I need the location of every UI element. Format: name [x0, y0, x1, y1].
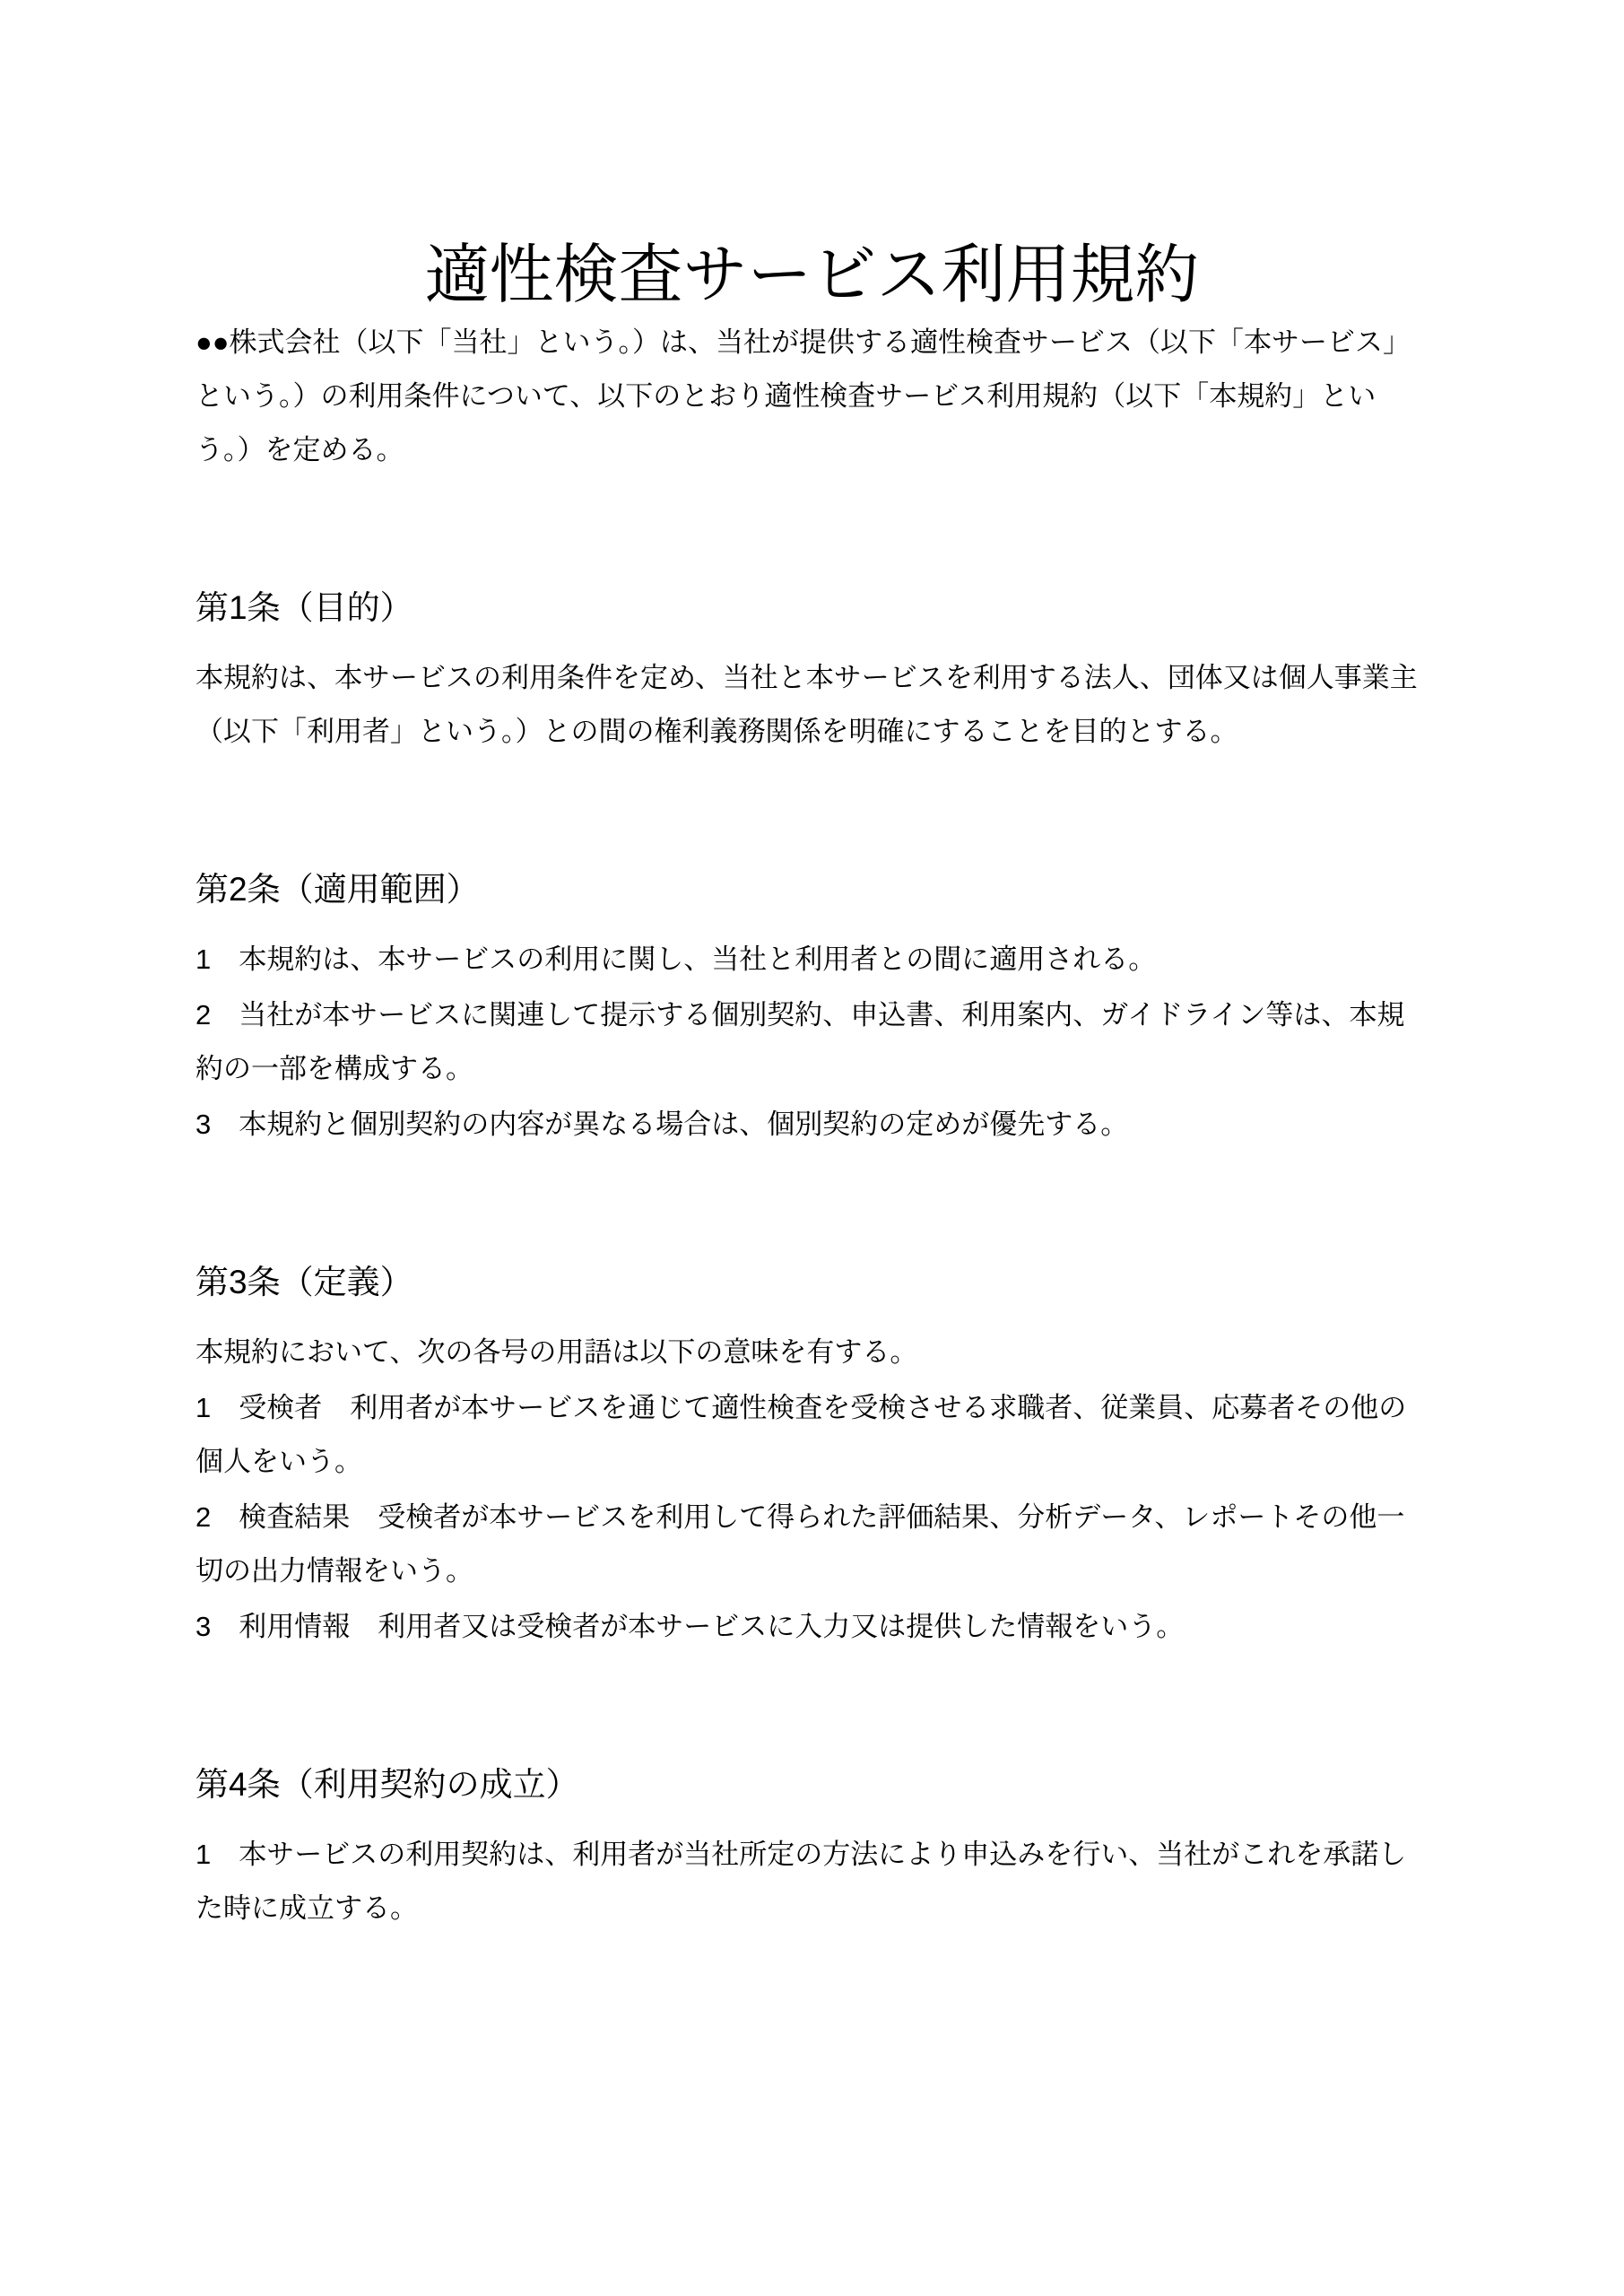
article-1-paragraph-1: 本規約は、本サービスの利用条件を定め、当社と本サービスを利用する法人、団体又は個…	[195, 651, 1429, 759]
article-3-definition-2: 2 検査結果 受検者が本サービスを利用して得られた評価結果、分析データ、レポート…	[195, 1491, 1429, 1598]
article-2-clause-3: 3 本規約と個別契約の内容が異なる場合は、個別契約の定めが優先する。	[195, 1098, 1429, 1152]
section-article-3: 第3条（定義） 本規約において、次の各号の用語は以下の意味を有する。 1 受検者…	[195, 1259, 1429, 1654]
document-title: 適性検査サービス利用規約	[195, 235, 1429, 316]
article-2-clause-2: 2 当社が本サービスに関連して提示する個別契約、申込書、利用案内、ガイドライン等…	[195, 988, 1429, 1096]
section-article-4: 第4条（利用契約の成立） 1 本サービスの利用契約は、利用者が当社所定の方法によ…	[195, 1761, 1429, 1935]
article-1-heading: 第1条（目的）	[195, 585, 1429, 631]
section-article-2: 第2条（適用範囲） 1 本規約は、本サービスの利用に関し、当社と利用者との間に適…	[195, 866, 1429, 1152]
intro-paragraph: ●●株式会社（以下「当社」という。）は、当社が提供する適性検査サービス（以下「本…	[195, 316, 1429, 477]
document-page: 適性検査サービス利用規約 ●●株式会社（以下「当社」という。）は、当社が提供する…	[0, 0, 1624, 2296]
article-3-heading: 第3条（定義）	[195, 1259, 1429, 1306]
section-article-1: 第1条（目的） 本規約は、本サービスの利用条件を定め、当社と本サービスを利用する…	[195, 585, 1429, 759]
article-3-definition-3: 3 利用情報 利用者又は受検者が本サービスに入力又は提供した情報をいう。	[195, 1600, 1429, 1654]
article-3-definition-1: 1 受検者 利用者が本サービスを通じて適性検査を受検させる求職者、従業員、応募者…	[195, 1381, 1429, 1489]
article-4-clause-1: 1 本サービスの利用契約は、利用者が当社所定の方法により申込みを行い、当社がこれ…	[195, 1828, 1429, 1935]
article-4-heading: 第4条（利用契約の成立）	[195, 1761, 1429, 1808]
article-3-lead-paragraph: 本規約において、次の各号の用語は以下の意味を有する。	[195, 1326, 1429, 1379]
article-2-heading: 第2条（適用範囲）	[195, 866, 1429, 913]
article-2-clause-1: 1 本規約は、本サービスの利用に関し、当社と利用者との間に適用される。	[195, 933, 1429, 987]
